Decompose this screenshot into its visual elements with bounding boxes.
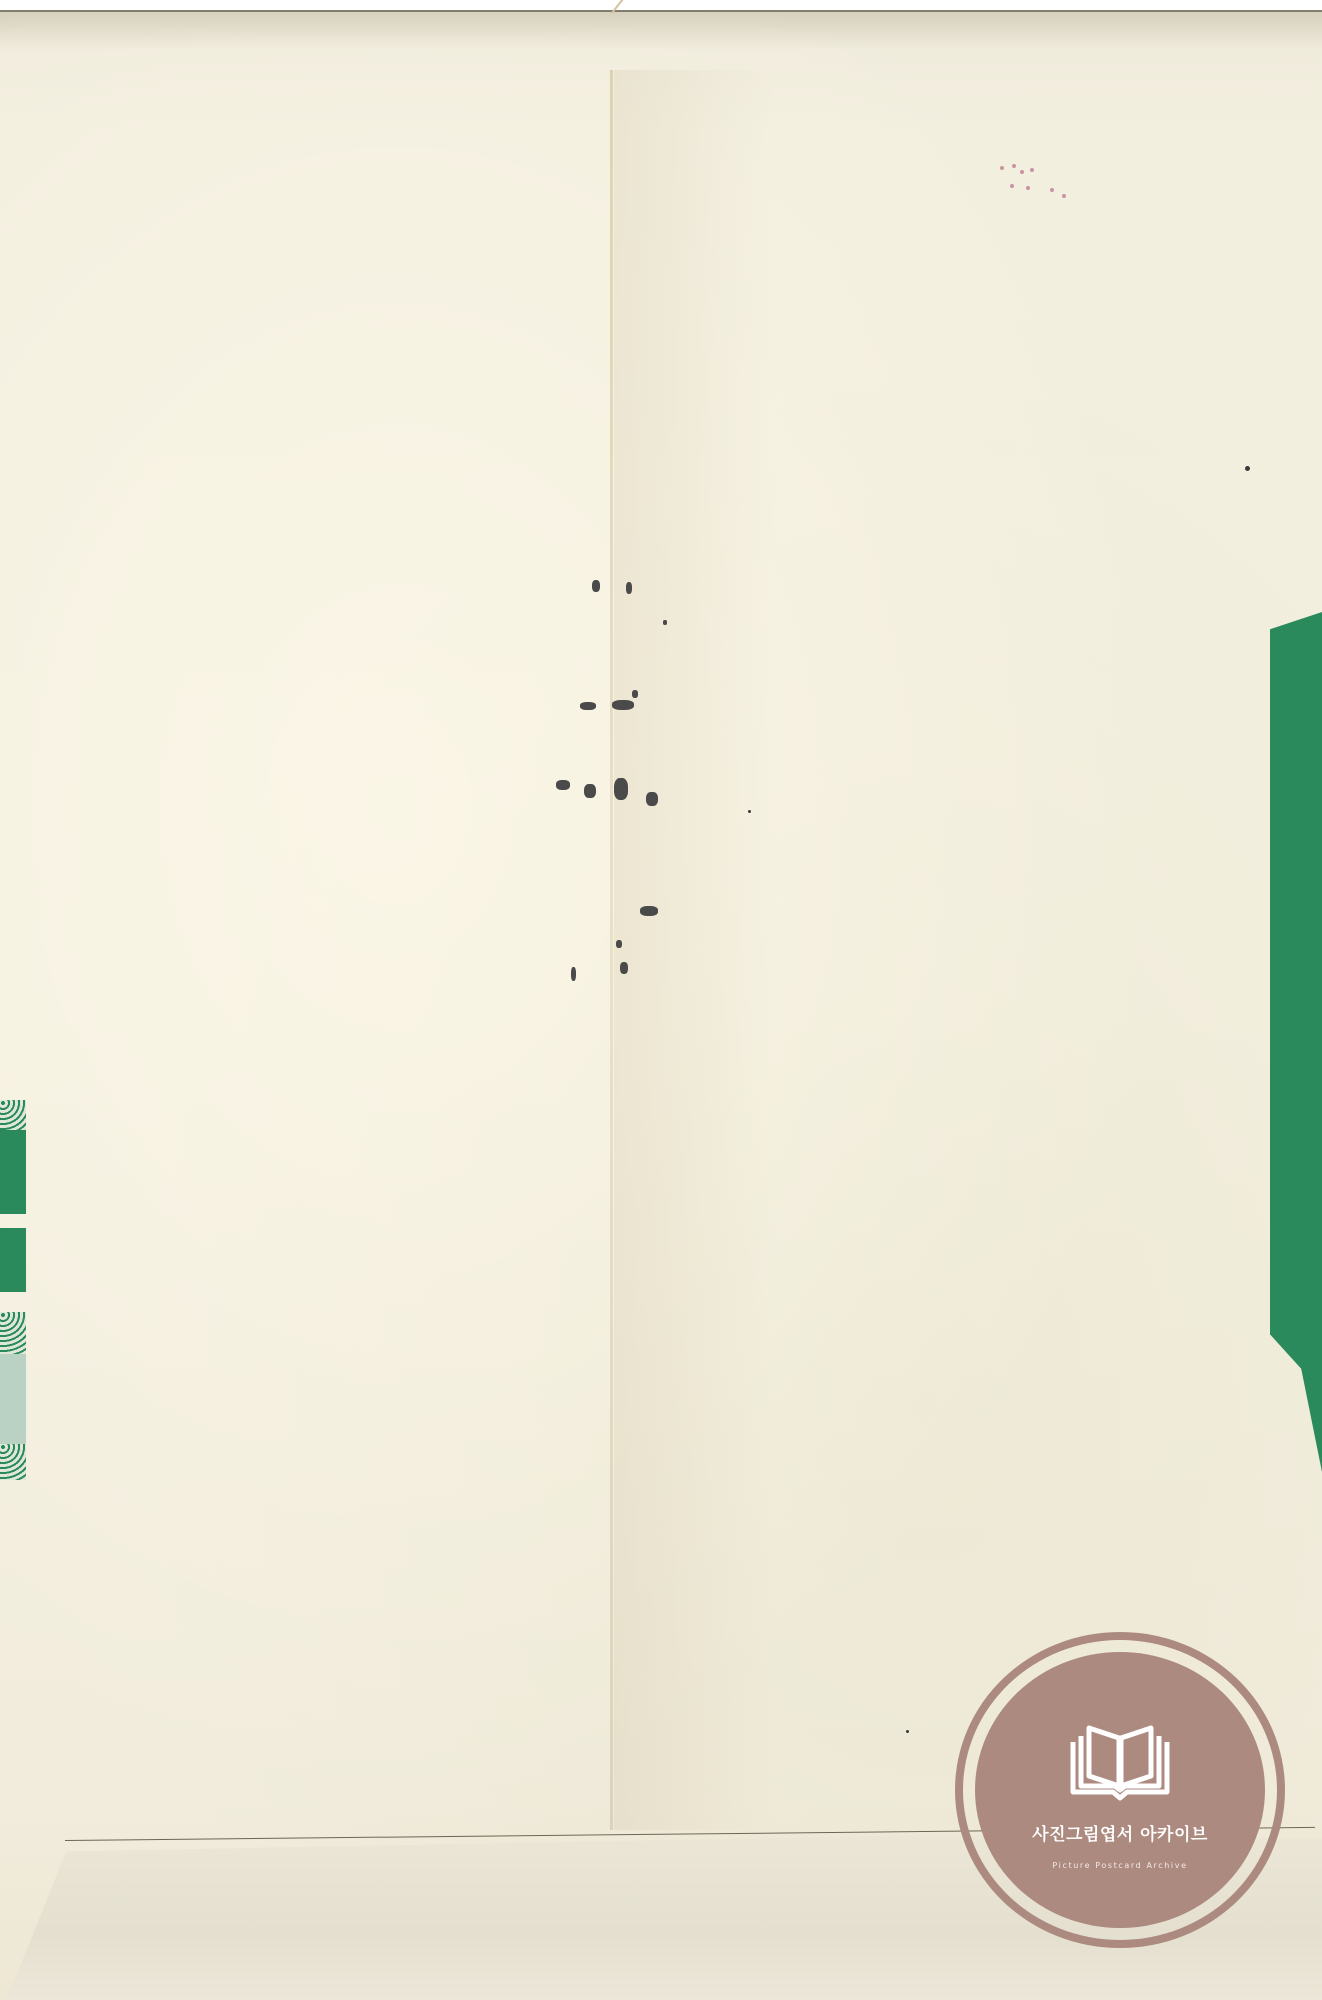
logo-circle: 사진그림엽서 아카이브 Picture Postcard Archive <box>975 1652 1265 1928</box>
logo-title: 사진그림엽서 아카이브 <box>1032 1820 1208 1845</box>
green-border-stripe-left <box>0 1312 26 1354</box>
archive-watermark-logo: 사진그림엽서 아카이브 Picture Postcard Archive <box>955 1632 1285 1948</box>
paper-speck <box>748 810 751 813</box>
paper-speck <box>906 1730 909 1733</box>
envelope-center-seam <box>610 70 613 1830</box>
open-book-icon <box>1065 1720 1175 1810</box>
green-border-stripe-left <box>0 1228 26 1292</box>
envelope-top-edge-shadow <box>0 10 1322 50</box>
green-border-stripe-left <box>0 1130 26 1214</box>
green-border-stripe-left <box>0 1100 26 1130</box>
logo-subtitle: Picture Postcard Archive <box>1052 1861 1187 1870</box>
faint-pink-mark <box>990 160 1070 210</box>
green-border-stripe-left <box>0 1354 26 1444</box>
envelope-right-panel-shade <box>614 70 774 1830</box>
green-border-stripe-left <box>0 1444 26 1480</box>
green-border-stripe-right <box>1270 612 1322 1472</box>
paper-speck <box>1245 466 1250 471</box>
